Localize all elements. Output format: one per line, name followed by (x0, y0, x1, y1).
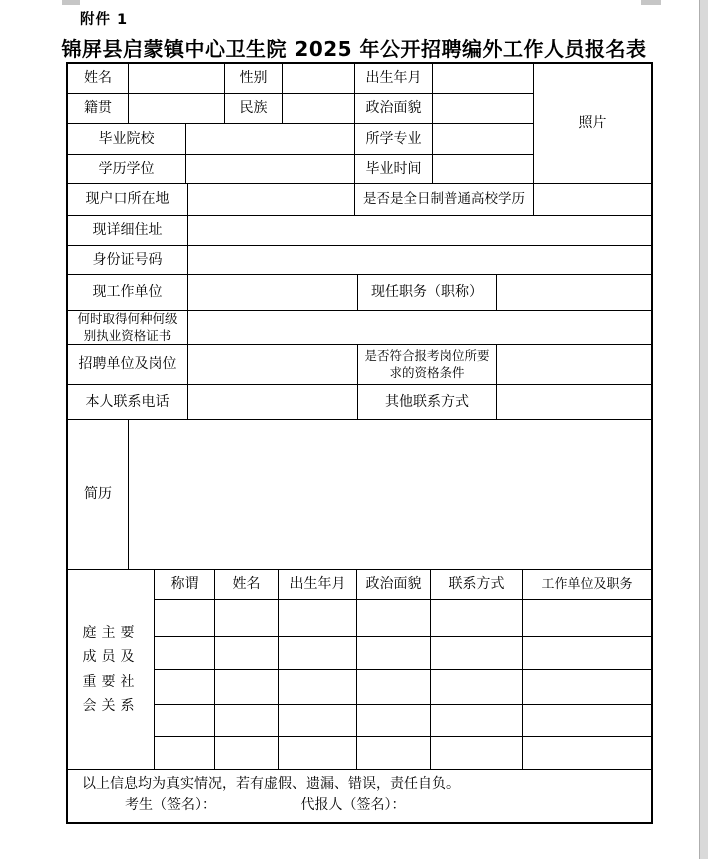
family-member-cell-r3-c4[interactable] (357, 670, 431, 705)
major-input-cell[interactable] (433, 124, 534, 155)
qualification-certificate-label: 何时取得何种何级别执业资格证书 (68, 311, 188, 345)
candidate-signature-label[interactable]: 考生（签名）： (125, 797, 216, 813)
resume-label: 简历 (68, 420, 129, 570)
name-input-cell[interactable] (129, 64, 225, 94)
family-member-cell-r1-c6[interactable] (523, 600, 651, 637)
political-status-input-cell[interactable] (433, 94, 534, 124)
notice-text: 以上信息均为真实情况，若有虚假、遗漏、错误，责任自负。 (82, 776, 460, 793)
personal-phone-input-cell[interactable] (188, 385, 358, 420)
family-member-cell-r5-c5[interactable] (431, 737, 523, 770)
ethnicity-label: 民族 (225, 94, 283, 124)
current-position-input-cell[interactable] (497, 275, 651, 311)
attachment-label: 附件 1 (80, 8, 128, 29)
family-member-cell-r1-c4[interactable] (357, 600, 431, 637)
personal-phone-label: 本人联系电话 (68, 385, 188, 420)
family-member-cell-r3-c1[interactable] (155, 670, 215, 705)
family-member-cell-r4-c1[interactable] (155, 705, 215, 737)
family-member-cell-r1-c3[interactable] (279, 600, 357, 637)
family-member-cell-r4-c2[interactable] (215, 705, 279, 737)
right-scrollbar-track[interactable] (699, 0, 708, 859)
family-header-birth: 出生年月 (279, 570, 357, 600)
recruiting-unit-position-label: 招聘单位及岗位 (68, 345, 188, 385)
family-member-cell-r1-c5[interactable] (431, 600, 523, 637)
form-title: 锦屏县启蒙镇中心卫生院 2025 年公开招聘编外工作人员报名表 (0, 33, 708, 62)
graduate-school-label: 毕业院校 (68, 124, 186, 155)
other-contact-input-cell[interactable] (497, 385, 651, 420)
qualification-certificate-input-cell[interactable] (188, 311, 651, 345)
family-member-cell-r3-c6[interactable] (523, 670, 651, 705)
native-place-label: 籍贯 (68, 94, 129, 124)
signature-line: 考生（签名）： 代报人（签名）： (68, 797, 405, 814)
current-address-label: 现详细住址 (68, 216, 188, 246)
family-member-cell-r5-c3[interactable] (279, 737, 357, 770)
family-header-relation: 称谓 (155, 570, 215, 600)
current-employer-input-cell[interactable] (188, 275, 358, 311)
family-member-cell-r4-c4[interactable] (357, 705, 431, 737)
family-member-cell-r3-c5[interactable] (431, 670, 523, 705)
family-header-name: 姓名 (215, 570, 279, 600)
agent-signature-label[interactable]: 代报人（签名）： (300, 797, 405, 813)
political-status-label: 政治面貌 (355, 94, 433, 124)
family-header-contact: 联系方式 (431, 570, 523, 600)
current-position-label: 现任职务（职称） (358, 275, 497, 311)
name-label: 姓名 (68, 64, 129, 94)
id-number-label: 身份证号码 (68, 246, 188, 275)
family-member-cell-r3-c3[interactable] (279, 670, 357, 705)
family-member-cell-r4-c5[interactable] (431, 705, 523, 737)
family-member-cell-r1-c2[interactable] (215, 600, 279, 637)
meets-requirements-label: 是否符合报考岗位所要求的资格条件 (358, 345, 497, 385)
family-member-cell-r4-c6[interactable] (523, 705, 651, 737)
degree-label: 学历学位 (68, 155, 186, 184)
top-page-marker-right (641, 0, 661, 5)
top-page-marker-left (62, 0, 80, 5)
application-form-table: 姓名 性别 出生年月 照片 籍贯 民族 政治面貌 毕业院校 所学专业 学历学位 … (66, 62, 653, 824)
family-member-cell-r2-c5[interactable] (431, 637, 523, 670)
family-member-cell-r2-c2[interactable] (215, 637, 279, 670)
family-member-cell-r3-c2[interactable] (215, 670, 279, 705)
family-header-work-unit: 工作单位及职务 (523, 570, 651, 600)
degree-input-cell[interactable] (186, 155, 355, 184)
birth-date-label: 出生年月 (355, 64, 433, 94)
photo-placeholder: 照片 (534, 64, 651, 184)
recruiting-unit-position-input-cell[interactable] (188, 345, 358, 385)
gender-label: 性别 (225, 64, 283, 94)
gender-input-cell[interactable] (283, 64, 355, 94)
family-member-cell-r2-c3[interactable] (279, 637, 357, 670)
notice-cell: 以上信息均为真实情况，若有虚假、遗漏、错误，责任自负。 考生（签名）： 代报人（… (68, 770, 651, 822)
graduation-time-label: 毕业时间 (355, 155, 433, 184)
ethnicity-input-cell[interactable] (283, 94, 355, 124)
major-label: 所学专业 (355, 124, 433, 155)
fulltime-college-input-cell[interactable] (534, 184, 651, 216)
fulltime-college-label: 是否是全日制普通高校学历 (355, 184, 534, 216)
family-member-cell-r5-c4[interactable] (357, 737, 431, 770)
household-location-input-cell[interactable] (188, 184, 355, 216)
other-contact-label: 其他联系方式 (358, 385, 497, 420)
birth-date-input-cell[interactable] (433, 64, 534, 94)
meets-requirements-input-cell[interactable] (497, 345, 651, 385)
family-member-cell-r2-c6[interactable] (523, 637, 651, 670)
graduation-time-input-cell[interactable] (433, 155, 534, 184)
resume-input-cell[interactable] (129, 420, 651, 570)
family-member-cell-r5-c1[interactable] (155, 737, 215, 770)
family-member-cell-r2-c4[interactable] (357, 637, 431, 670)
family-section-label: 庭主要成员及重要社会关系 (68, 570, 155, 770)
family-member-cell-r2-c1[interactable] (155, 637, 215, 670)
id-number-input-cell[interactable] (188, 246, 651, 275)
current-employer-label: 现工作单位 (68, 275, 188, 311)
current-address-input-cell[interactable] (188, 216, 651, 246)
family-header-political: 政治面貌 (357, 570, 431, 600)
family-member-cell-r5-c2[interactable] (215, 737, 279, 770)
household-location-label: 现户口所在地 (68, 184, 188, 216)
family-member-cell-r4-c3[interactable] (279, 705, 357, 737)
native-place-input-cell[interactable] (129, 94, 225, 124)
graduate-school-input-cell[interactable] (186, 124, 355, 155)
family-member-cell-r1-c1[interactable] (155, 600, 215, 637)
family-member-cell-r5-c6[interactable] (523, 737, 651, 770)
